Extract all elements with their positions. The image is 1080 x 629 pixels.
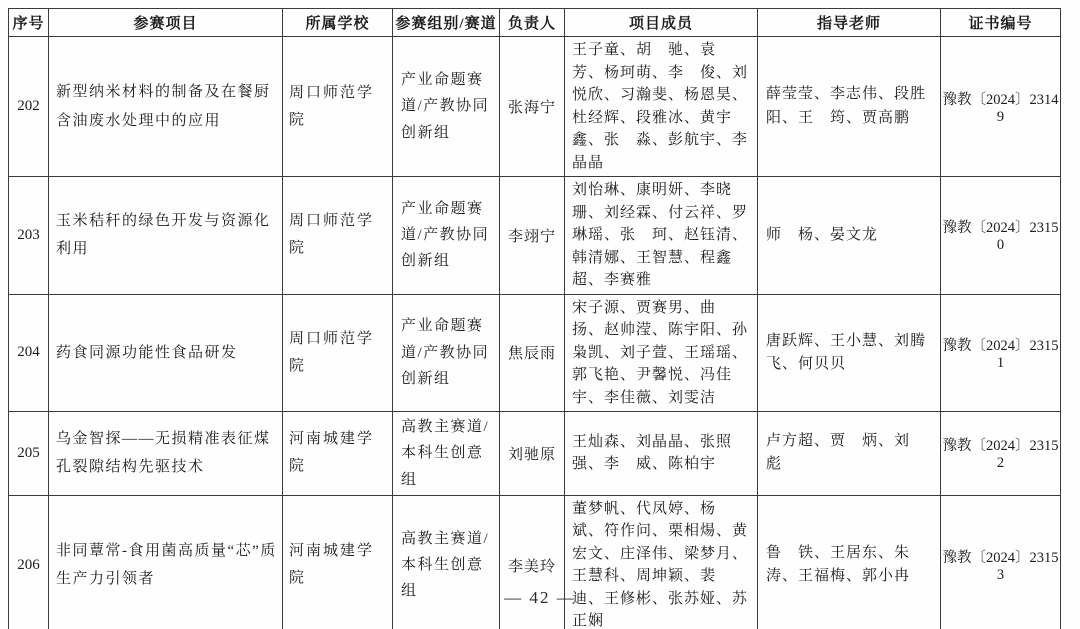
cell-project: 非同蕈常-食用菌高质量“芯”质生产力引领者 — [49, 495, 283, 629]
cell-advisors: 薛莹莹、李志伟、段胜阳、王 筠、贾高鹏 — [758, 37, 941, 177]
cell-no: 202 — [9, 37, 49, 177]
table-row: 203 玉米秸秆的绿色开发与资源化利用 周口师范学院 产业命题赛道/产教协同创新… — [9, 177, 1061, 295]
cell-track: 产业命题赛道/产教协同创新组 — [393, 294, 500, 412]
cell-leader: 李翊宁 — [500, 177, 565, 295]
cell-track: 高教主赛道/本科生创意组 — [393, 412, 500, 496]
cell-school: 河南城建学院 — [283, 412, 393, 496]
cell-school: 周口师范学院 — [283, 177, 393, 295]
cell-cert-number: 豫教〔2024〕23151 — [941, 294, 1061, 412]
cell-no: 204 — [9, 294, 49, 412]
cell-project: 玉米秸秆的绿色开发与资源化利用 — [49, 177, 283, 295]
cell-no: 206 — [9, 495, 49, 629]
col-header-school: 所属学校 — [283, 9, 393, 37]
cell-track: 高教主赛道/本科生创意组 — [393, 495, 500, 629]
cell-project: 药食同源功能性食品研发 — [49, 294, 283, 412]
col-header-track: 参赛组别/赛道 — [393, 9, 500, 37]
cell-members: 王子童、胡 驰、袁 芳、杨珂萌、李 俊、刘悦欣、习瀚斐、杨恩昊、杜经辉、段雅冰、… — [565, 37, 758, 177]
col-header-cert: 证书编号 — [941, 9, 1061, 37]
cell-track: 产业命题赛道/产教协同创新组 — [393, 177, 500, 295]
award-certificate-table: 序号 参赛项目 所属学校 参赛组别/赛道 负责人 项目成员 指导老师 证书编号 … — [8, 8, 1061, 629]
table-row: 204 药食同源功能性食品研发 周口师范学院 产业命题赛道/产教协同创新组 焦辰… — [9, 294, 1061, 412]
cell-advisors: 师 杨、晏文龙 — [758, 177, 941, 295]
cell-members: 刘怡琳、康明妍、李晓珊、刘经霖、付云祥、罗琳瑶、张 珂、赵钰清、韩清娜、王智慧、… — [565, 177, 758, 295]
table-row: 205 乌金智探——无损精准表征煤孔裂隙结构先驱技术 河南城建学院 高教主赛道/… — [9, 412, 1061, 496]
cell-project: 新型纳米材料的制备及在餐厨含油废水处理中的应用 — [49, 37, 283, 177]
cell-project: 乌金智探——无损精准表征煤孔裂隙结构先驱技术 — [49, 412, 283, 496]
cell-leader: 焦辰雨 — [500, 294, 565, 412]
cell-members: 王灿森、刘晶晶、张照强、李 威、陈柏宇 — [565, 412, 758, 496]
document-page: 序号 参赛项目 所属学校 参赛组别/赛道 负责人 项目成员 指导老师 证书编号 … — [0, 0, 1080, 629]
col-header-members: 项目成员 — [565, 9, 758, 37]
cell-track: 产业命题赛道/产教协同创新组 — [393, 37, 500, 177]
cell-school: 周口师范学院 — [283, 294, 393, 412]
cell-cert-number: 豫教〔2024〕23150 — [941, 177, 1061, 295]
cell-no: 205 — [9, 412, 49, 496]
table-header-row: 序号 参赛项目 所属学校 参赛组别/赛道 负责人 项目成员 指导老师 证书编号 — [9, 9, 1061, 37]
table-row: 206 非同蕈常-食用菌高质量“芯”质生产力引领者 河南城建学院 高教主赛道/本… — [9, 495, 1061, 629]
cell-cert-number: 豫教〔2024〕23149 — [941, 37, 1061, 177]
col-header-no: 序号 — [9, 9, 49, 37]
cell-members: 宋子源、贾赛男、曲 扬、赵帅滢、陈宇阳、孙枭凯、刘子萱、王瑶瑶、郭飞艳、尹馨悦、… — [565, 294, 758, 412]
cell-members: 董梦帆、代凤婷、杨 斌、符作问、栗相煬、黄宏文、庄泽伟、梁梦月、王慧科、周坤颖、… — [565, 495, 758, 629]
cell-school: 河南城建学院 — [283, 495, 393, 629]
cell-advisors: 鲁 铁、王居东、朱 涛、王福梅、郭小冉 — [758, 495, 941, 629]
page-number: — 42 — — [0, 588, 1080, 608]
cell-school: 周口师范学院 — [283, 37, 393, 177]
cell-no: 203 — [9, 177, 49, 295]
cell-cert-number: 豫教〔2024〕23153 — [941, 495, 1061, 629]
cell-leader: 张海宁 — [500, 37, 565, 177]
table-row: 202 新型纳米材料的制备及在餐厨含油废水处理中的应用 周口师范学院 产业命题赛… — [9, 37, 1061, 177]
cell-cert-number: 豫教〔2024〕23152 — [941, 412, 1061, 496]
col-header-project: 参赛项目 — [49, 9, 283, 37]
cell-leader: 李美玲 — [500, 495, 565, 629]
cell-advisors: 唐跃辉、王小慧、刘腾飞、何贝贝 — [758, 294, 941, 412]
cell-advisors: 卢方超、贾 炳、刘 彪 — [758, 412, 941, 496]
col-header-leader: 负责人 — [500, 9, 565, 37]
col-header-advisors: 指导老师 — [758, 9, 941, 37]
cell-leader: 刘驰原 — [500, 412, 565, 496]
